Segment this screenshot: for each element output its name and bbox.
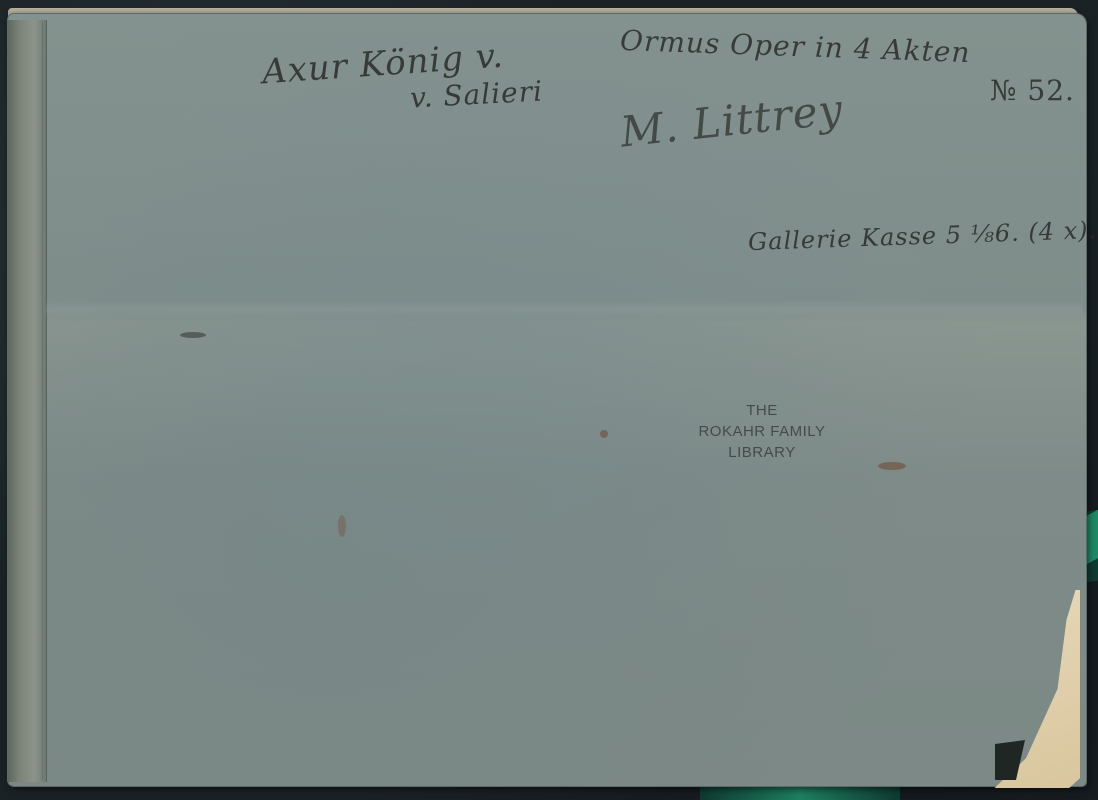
rust-spot (600, 430, 608, 438)
stamp-line3: LIBRARY (672, 442, 852, 463)
stamp-line1: THE (672, 400, 852, 421)
rust-stain (878, 462, 906, 470)
library-stamp: THE ROKAHR FAMILY LIBRARY (672, 400, 852, 463)
manuscript-cover (8, 14, 1086, 786)
handwritten-title-line2: v. Salieri (409, 75, 544, 115)
stamp-line2: ROKAHR FAMILY (672, 421, 852, 442)
spine-crease (42, 22, 43, 780)
ink-speckles (180, 332, 206, 338)
rust-spot (338, 515, 346, 537)
horizontal-fold (46, 300, 1082, 318)
catalog-number: № 52. (990, 74, 1075, 107)
